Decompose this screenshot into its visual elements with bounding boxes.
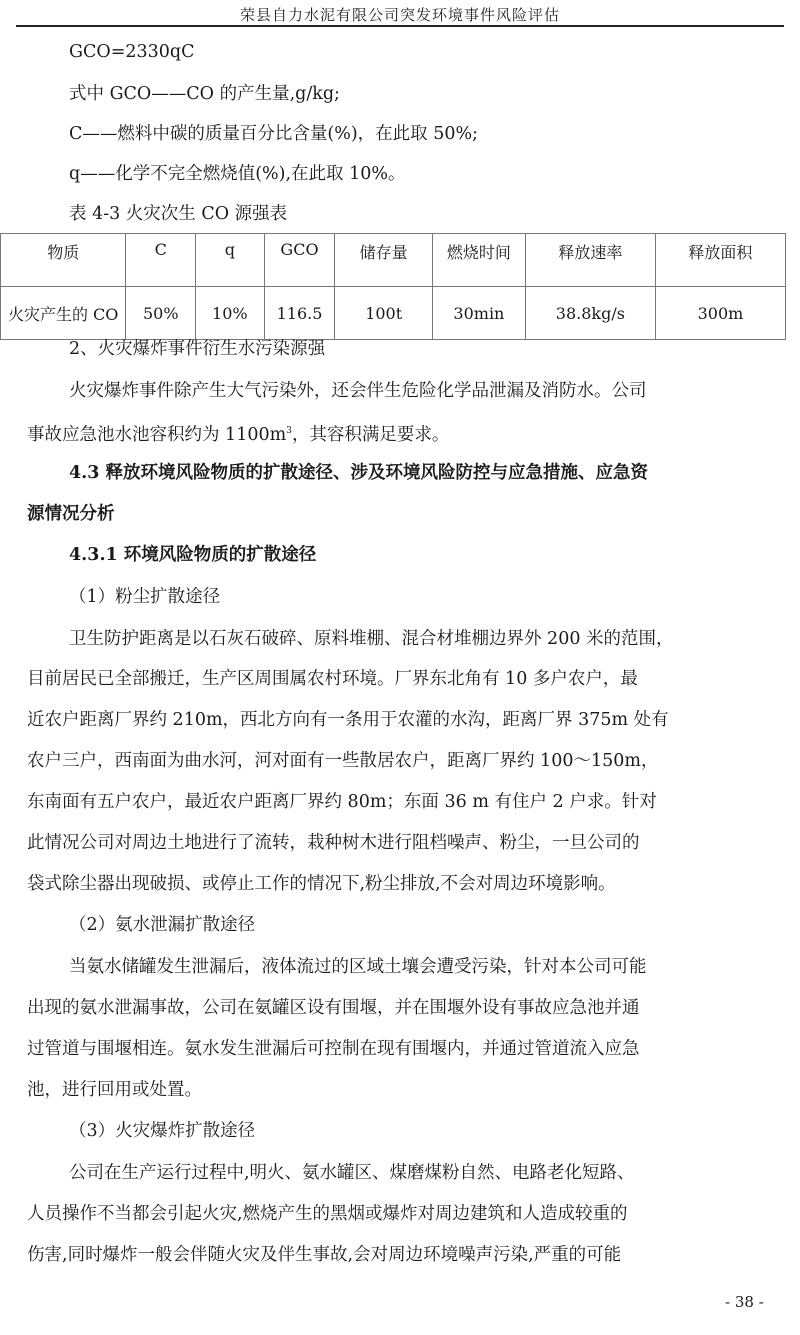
section-4-3-title: 4.3 释放环境风险物质的扩散途径、涉及环境风险防控与应急措施、应急资 <box>69 461 648 485</box>
table-header-cell: 燃烧时间 <box>432 234 525 287</box>
table-cell: 10% <box>196 287 265 340</box>
table-header-cell: 释放面积 <box>655 234 785 287</box>
paragraph-line: 过管道与围堰相连。氨水发生泄漏后可控制在现有围堰内，并通过管道流入应急 <box>27 1037 640 1061</box>
table-caption: 表 4-3 火灾次生 CO 源强表 <box>69 202 287 226</box>
table-cell: 116.5 <box>264 287 335 340</box>
co-source-table: 物质 C q GCO 储存量 燃烧时间 释放速率 释放面积 火灾产生的 CO 5… <box>0 233 786 340</box>
document-header-title: 荣县自力水泥有限公司突发环境事件风险评估 <box>0 4 800 25</box>
table-header-cell: GCO <box>264 234 335 287</box>
table-cell: 100t <box>335 287 433 340</box>
table-row: 火灾产生的 CO 50% 10% 116.5 100t 30min 38.8kg… <box>1 287 786 340</box>
section-4-3-title-cont: 源情况分析 <box>27 502 115 526</box>
table-header-row: 物质 C q GCO 储存量 燃烧时间 释放速率 释放面积 <box>1 234 786 287</box>
paragraph-line: 近农户距离厂界约 210m，西北方向有一条用于农灌的水沟，距离厂界 375m 处… <box>27 708 669 732</box>
paragraph-line: 目前居民已全部搬迁，生产区周围属农村环境。厂界东北角有 10 多户农户，最 <box>27 667 638 691</box>
paragraph-line: 公司在生产运行过程中,明火、氨水罐区、煤磨煤粉自然、电路老化短路、 <box>69 1161 635 1185</box>
paragraph-line: 人员操作不当都会引起火灾,燃烧产生的黑烟或爆炸对周边建筑和人造成较重的 <box>27 1202 628 1226</box>
paragraph-line: 火灾爆炸事件除产生大气污染外，还会伴生危险化学品泄漏及消防水。公司 <box>69 379 647 403</box>
paragraph-line: 此情况公司对周边土地进行了流转，栽种树木进行阻档噪声、粉尘，一旦公司的 <box>27 831 640 855</box>
dust-subtitle: （1）粉尘扩散途径 <box>69 585 220 609</box>
fire-subtitle: （3）火灾爆炸扩散途径 <box>69 1119 255 1143</box>
table-header-cell: 储存量 <box>335 234 433 287</box>
formula-def-q: q——化学不完全燃烧值(%),在此取 10%。 <box>69 162 406 186</box>
table-header-cell: 释放速率 <box>525 234 655 287</box>
paragraph-line: 农户三户，西南面为曲水河，河对面有一些散居农户，距离厂界约 100～150m， <box>27 749 658 773</box>
header-divider <box>16 25 784 27</box>
table-header-cell: C <box>126 234 196 287</box>
table-cell: 300m <box>655 287 785 340</box>
text-run: ，其容积满足要求。 <box>292 425 450 445</box>
formula-def-c: C——燃料中碳的质量百分比含量(%)，在此取 50%; <box>69 122 478 146</box>
formula-equation: GCO=2330qC <box>69 40 195 64</box>
section-4-3-1-title: 4.3.1 环境风险物质的扩散途径 <box>69 543 316 567</box>
formula-def-gco: 式中 GCO——CO 的产生量,g/kg; <box>69 82 340 106</box>
paragraph-line: 卫生防护距离是以石灰石破碎、原料堆棚、混合材堆棚边界外 200 米的范围， <box>69 627 674 651</box>
table-header-cell: 物质 <box>1 234 126 287</box>
paragraph-line: 当氨水储罐发生泄漏后，液体流过的区域土壤会遭受污染，针对本公司可能 <box>69 955 647 979</box>
paragraph-line: 事故应急池水池容积约为 1100m3，其容积满足要求。 <box>27 419 449 447</box>
table-cell: 38.8kg/s <box>525 287 655 340</box>
paragraph-line: 东南面有五户农户，最近农户距离厂界约 80m；东面 36 m 有住户 2 户求。… <box>27 790 657 814</box>
page-number: - 38 - <box>725 1293 764 1311</box>
paragraph-line: 袋式除尘器出现破损、或停止工作的情况下,粉尘排放,不会对周边环境影响。 <box>27 872 616 896</box>
table-cell: 火灾产生的 CO <box>1 287 126 340</box>
ammonia-subtitle: （2）氨水泄漏扩散途径 <box>69 913 255 937</box>
section-2-title: 2、火灾爆炸事件衍生水污染源强 <box>69 337 325 361</box>
table-cell: 50% <box>126 287 196 340</box>
paragraph-line: 池，进行回用或处置。 <box>27 1078 202 1102</box>
paragraph-line: 出现的氨水泄漏事故，公司在氨罐区设有围堰，并在围堰外设有事故应急池并通 <box>27 996 640 1020</box>
table-cell: 30min <box>432 287 525 340</box>
table-header-cell: q <box>196 234 265 287</box>
text-run: 事故应急池水池容积约为 1100m <box>27 425 286 445</box>
paragraph-line: 伤害,同时爆炸一般会伴随火灾及伴生事故,会对周边环境噪声污染,严重的可能 <box>27 1243 621 1267</box>
